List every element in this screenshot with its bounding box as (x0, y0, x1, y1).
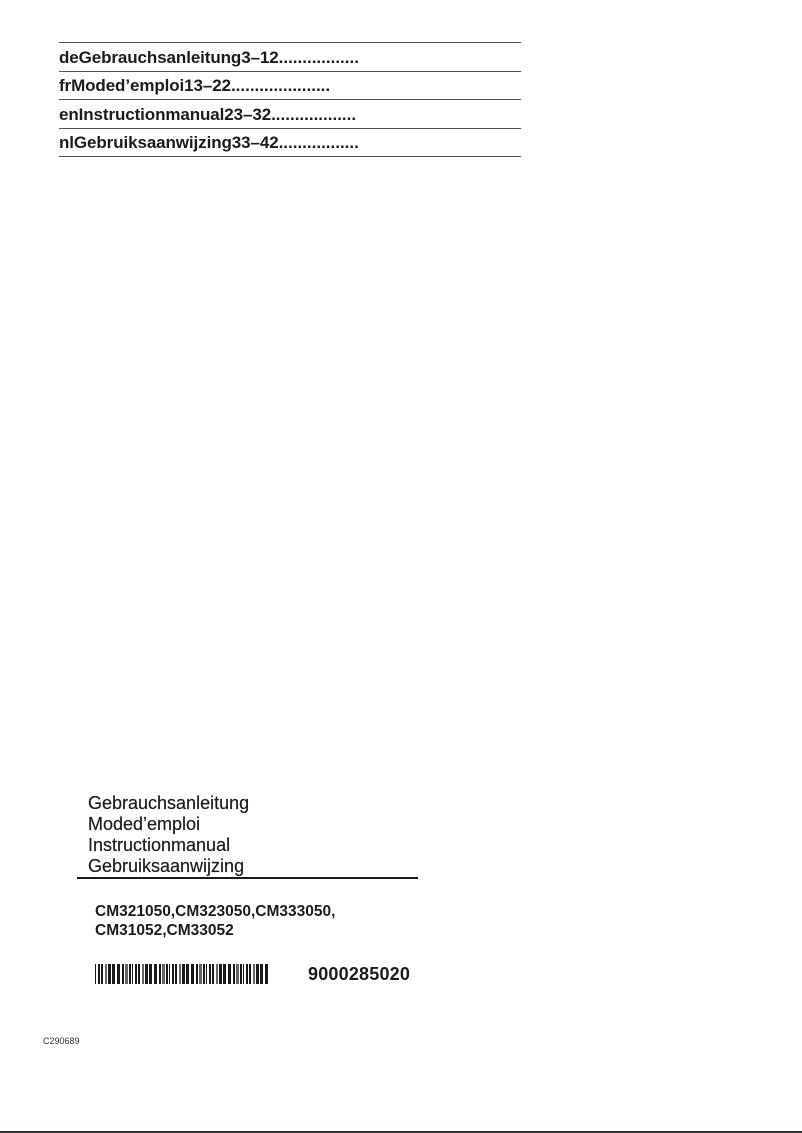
toc-leader: .................. (271, 105, 356, 125)
toc-lang: de (59, 48, 79, 68)
toc-leader: ................. (279, 133, 359, 153)
toc-lang: en (59, 105, 79, 125)
document-code: C290689 (43, 1036, 80, 1046)
toc-pages: 33–42 (232, 133, 279, 153)
manual-titles: Gebrauchsanleitung Moded’emploi Instruct… (88, 793, 249, 877)
toc-entry-en[interactable]: enInstructionmanual23–32................… (59, 100, 521, 129)
table-of-contents: deGebrauchsanleitung3–12................… (59, 42, 521, 157)
toc-pages: 23–32 (224, 105, 271, 125)
title-en: Instructionmanual (88, 835, 249, 856)
toc-title: Moded’emploi (71, 76, 184, 96)
toc-entry-nl[interactable]: nlGebruiksaanwijzing33–42...............… (59, 129, 521, 158)
toc-leader: ................. (279, 48, 359, 68)
title-de: Gebrauchsanleitung (88, 793, 249, 814)
title-divider (77, 877, 418, 879)
toc-leader: ..................... (231, 76, 330, 96)
toc-entry-fr[interactable]: frModed’emploi13–22..................... (59, 72, 521, 101)
toc-title: Gebrauchsanleitung (79, 48, 242, 68)
model-line-1: CM321050,CM323050,CM333050, (95, 903, 335, 922)
title-nl: Gebruiksaanwijzing (88, 856, 249, 877)
barcode-number: 9000285020 (308, 964, 410, 985)
title-fr: Moded’emploi (88, 814, 249, 835)
toc-lang: fr (59, 76, 71, 96)
toc-lang: nl (59, 133, 74, 153)
toc-pages: 13–22 (184, 76, 231, 96)
model-line-2: CM31052,CM33052 (95, 922, 335, 941)
barcode-icon (95, 964, 270, 984)
toc-pages: 3–12 (241, 48, 278, 68)
toc-title: Instructionmanual (79, 105, 225, 125)
toc-title: Gebruiksaanwijzing (74, 133, 232, 153)
toc-entry-de[interactable]: deGebrauchsanleitung3–12................… (59, 43, 521, 72)
model-numbers: CM321050,CM323050,CM333050, CM31052,CM33… (95, 903, 335, 940)
